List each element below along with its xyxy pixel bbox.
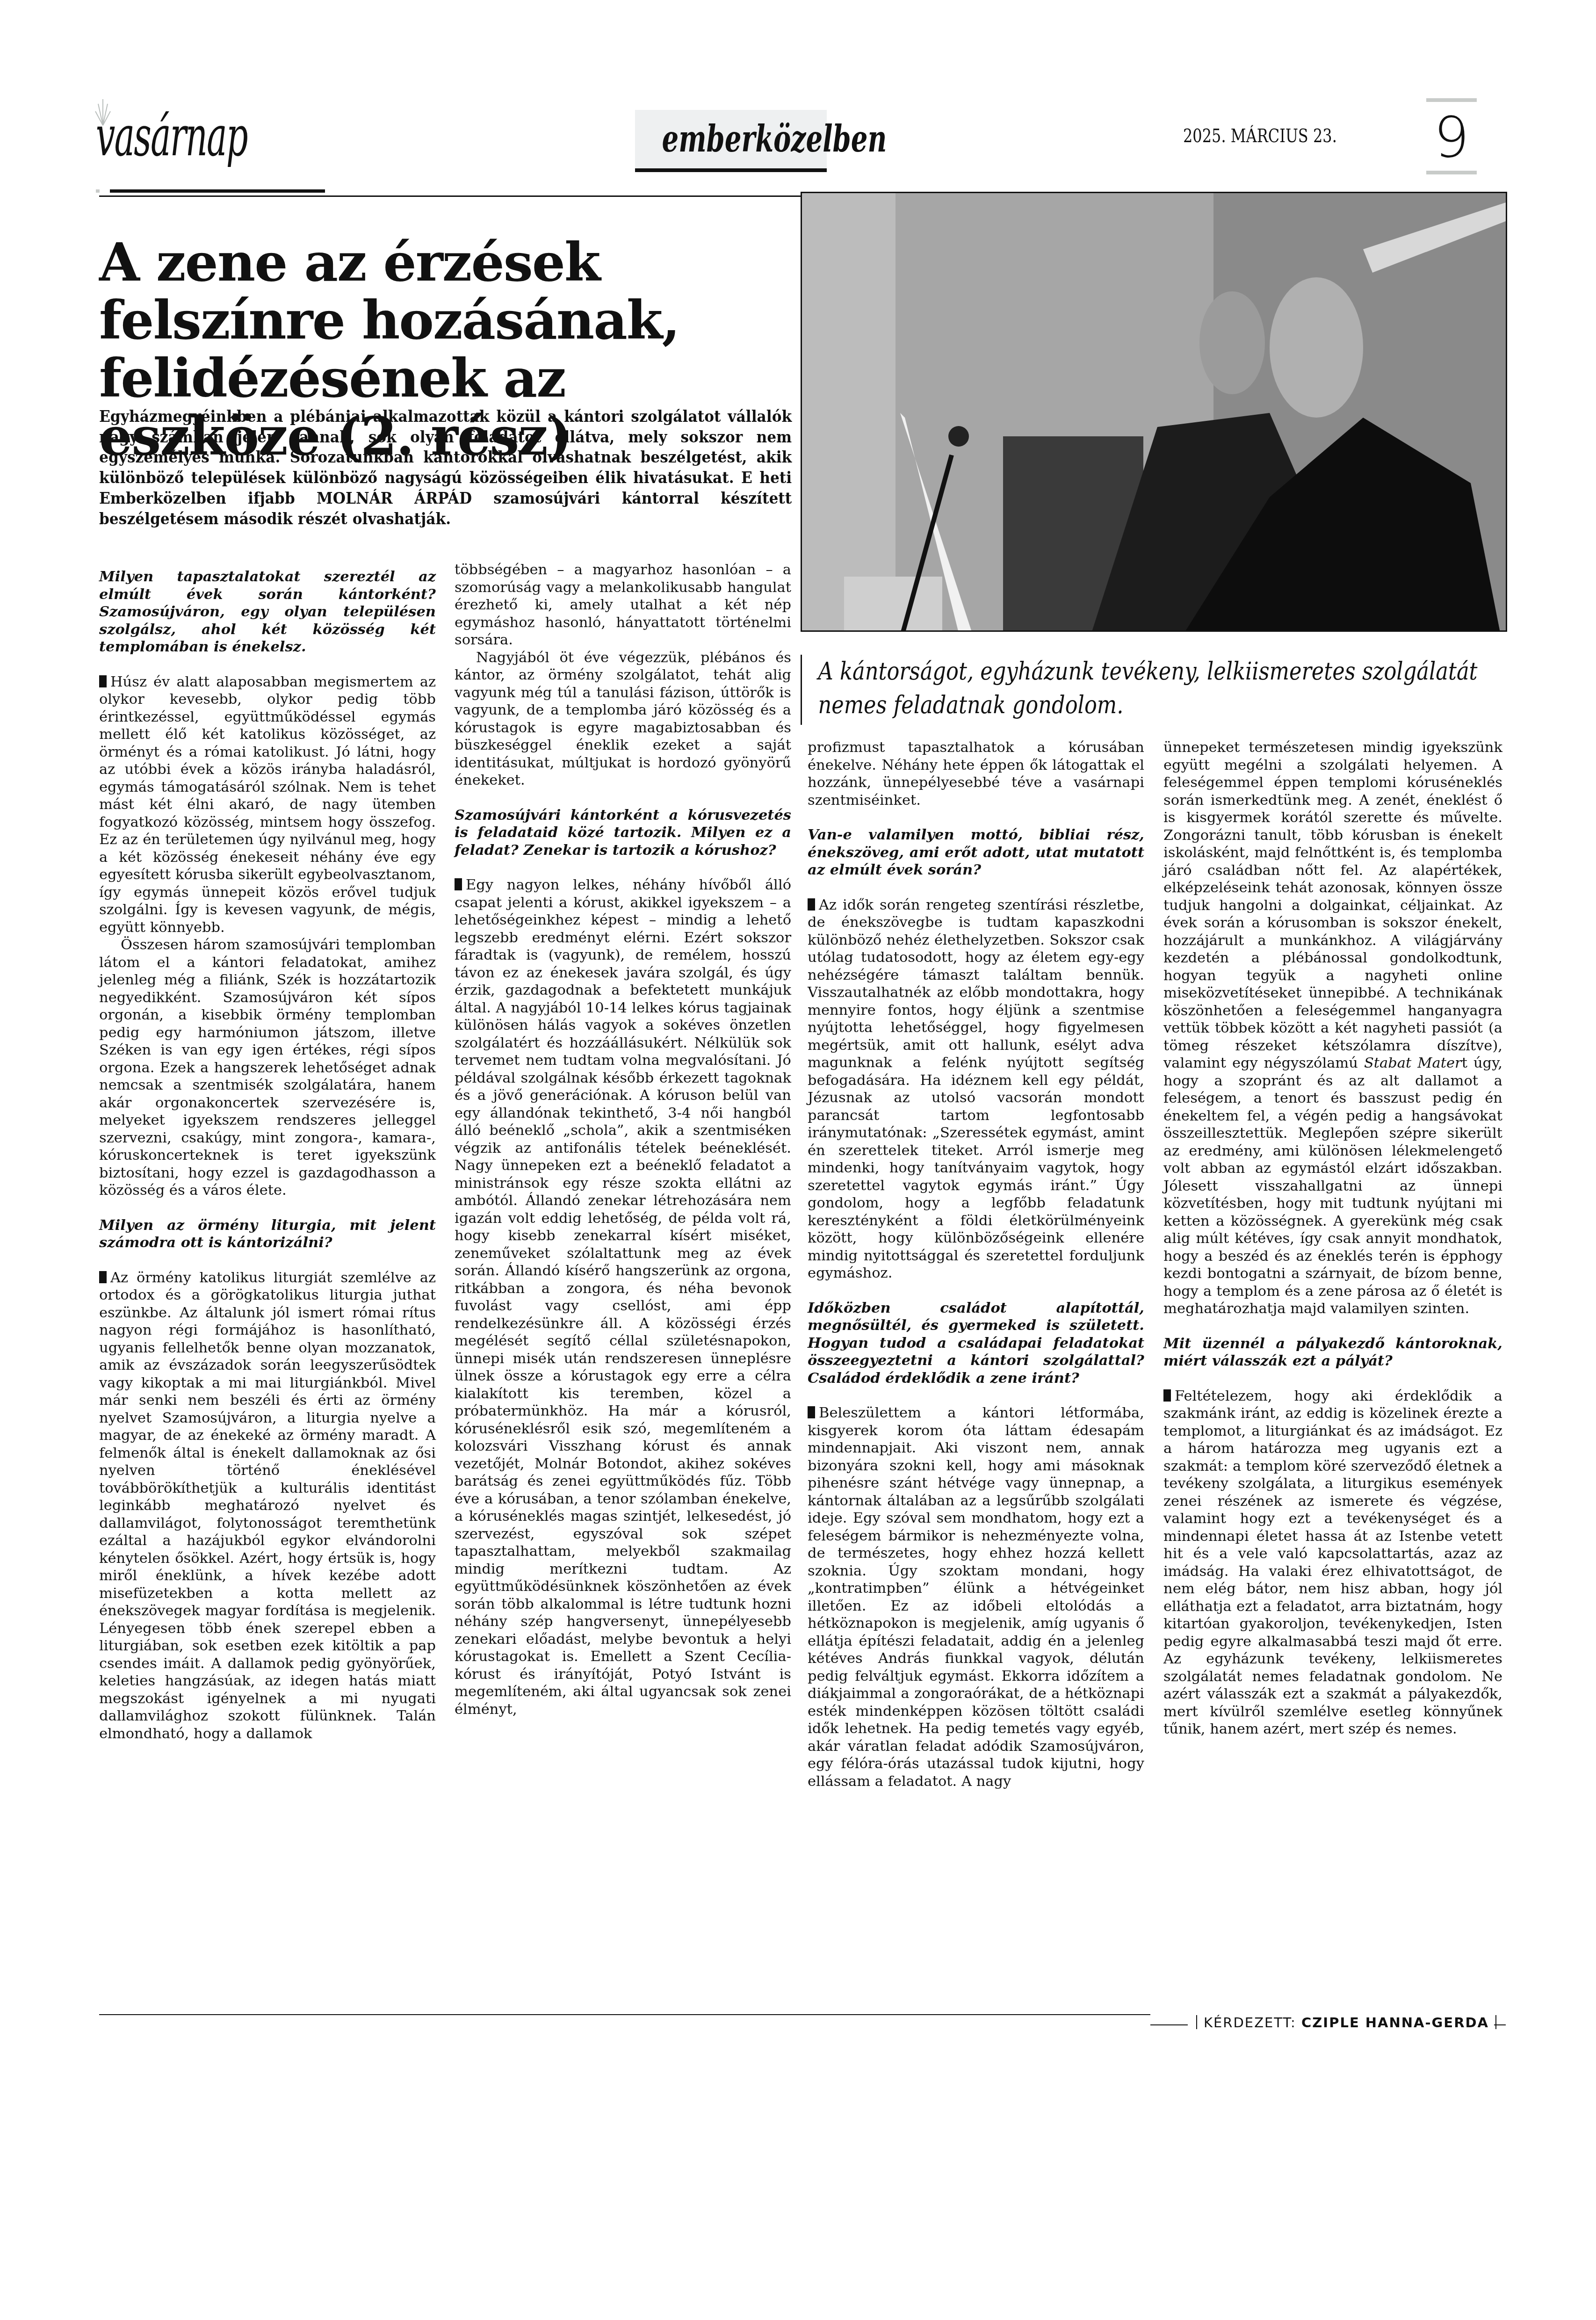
answer-text: Beleszülettem a kántori létformába, kisg… <box>808 1405 1144 1790</box>
masthead-rule-accent <box>96 189 100 193</box>
byline-rule-left <box>1150 2024 1188 2025</box>
answer-paragraph: profizmust tapasztalhatok a kórusában én… <box>808 739 1144 809</box>
pull-quote: A kántorságot, egyházunk tevékeny, lelki… <box>801 655 1506 725</box>
answer-paragraph: Nagyjából öt éve végezzük, plébános és k… <box>455 649 791 789</box>
footer-divider <box>99 2014 1150 2015</box>
article-photo <box>801 192 1507 632</box>
answer-text: Egy nagyon lelkes, néhány hívőből álló c… <box>455 877 791 1718</box>
answer-paragraph: többségében – a magyarhoz hasonlóan – a … <box>455 561 791 649</box>
byline-text: KÉRDEZETT: CZIPLE HANNA-GERDA <box>1190 2015 1503 2031</box>
answer-marker-icon <box>455 878 462 890</box>
interview-answer: Egy nagyon lelkes, néhány hívőből álló c… <box>455 876 791 1718</box>
byline: KÉRDEZETT: CZIPLE HANNA-GERDA <box>1150 2011 1506 2039</box>
byline-bar-right <box>1495 2015 1496 2029</box>
answer-paragraph: Összesen három szamosújvári templomban l… <box>99 936 436 1200</box>
article-column-3: profizmust tapasztalhatok a kórusában én… <box>808 739 1144 1790</box>
issue-date: 2025. MÁRCIUS 23. <box>1183 125 1340 147</box>
interview-answer: Húsz év alatt alaposabban megismertem az… <box>99 673 436 937</box>
answer-marker-icon <box>1163 1389 1171 1402</box>
interview-question: Van-e valamilyen mottó, bibliai rész, én… <box>808 826 1144 879</box>
interview-answer: Feltételezem, hogy aki érdeklődik a szak… <box>1163 1388 1502 1738</box>
interview-question: Milyen tapasztalatokat szereztél az elmú… <box>99 568 436 656</box>
pull-quote-text: A kántorságot, egyházunk tevékeny, lelki… <box>802 655 1481 722</box>
answer-text: ünnepeket természetesen mindig igyekszün… <box>1163 739 1502 1071</box>
page-number-rule-bottom <box>1426 171 1477 174</box>
answer-text: Az idők során rengeteg szentírási részle… <box>808 897 1144 1282</box>
interview-question: Milyen az örmény liturgia, mit jelent sz… <box>99 1217 436 1252</box>
article-column-1: Milyen tapasztalatokat szereztél az elmú… <box>99 568 436 1742</box>
section-title: emberközelben <box>662 110 800 168</box>
answer-text: t úgy, hogy a szopránt és az alt dallamo… <box>1163 1055 1502 1317</box>
masthead-logo: vasárnap <box>91 98 353 168</box>
photo-icon <box>802 193 1506 630</box>
interview-answer: Az örmény katolikus liturgiát szemlélve … <box>99 1269 436 1743</box>
answer-text: Húsz év alatt alaposabban megismertem az… <box>99 674 436 936</box>
answer-paragraph: ünnepeket természetesen mindig igyekszün… <box>1163 739 1502 1318</box>
masthead-underline <box>110 189 325 193</box>
byline-label: KÉRDEZETT: <box>1204 2015 1296 2031</box>
answer-marker-icon <box>99 1271 107 1283</box>
page-number: 9 <box>1426 108 1477 168</box>
byline-author: CZIPLE HANNA-GERDA <box>1301 2015 1489 2031</box>
answer-text: Feltételezem, hogy aki érdeklődik a szak… <box>1163 1388 1502 1738</box>
byline-rule-right <box>1494 2024 1506 2025</box>
interview-answer: Beleszülettem a kántori létformába, kisg… <box>808 1404 1144 1790</box>
interview-question: Mit üzennél a pályakezdő kántoroknak, mi… <box>1163 1335 1502 1370</box>
answer-marker-icon <box>808 1406 815 1418</box>
work-title: Stabat Mater <box>1364 1055 1462 1071</box>
article-column-2: többségében – a magyarhoz hasonlóan – a … <box>455 561 791 1718</box>
interview-answer: Az idők során rengeteg szentírási részle… <box>808 896 1144 1282</box>
answer-text: Az örmény katolikus liturgiát szemlélve … <box>99 1270 436 1742</box>
section-label: emberközelben <box>635 110 827 172</box>
interview-question: Időközben családot alapítottál, megnősül… <box>808 1300 1144 1388</box>
byline-bar-left <box>1196 2015 1197 2029</box>
page-number-rule-top <box>1426 98 1477 102</box>
interview-question: Szamosújvári kántorként a kórusvezetés i… <box>455 807 791 860</box>
masthead-title: vasárnap <box>96 108 247 164</box>
article-column-4: ünnepeket természetesen mindig igyekszün… <box>1163 739 1502 1738</box>
answer-marker-icon <box>808 898 815 911</box>
article-lead: Egyházmegyéinkben a plébániai alkalmazot… <box>99 407 792 529</box>
answer-marker-icon <box>99 675 107 687</box>
